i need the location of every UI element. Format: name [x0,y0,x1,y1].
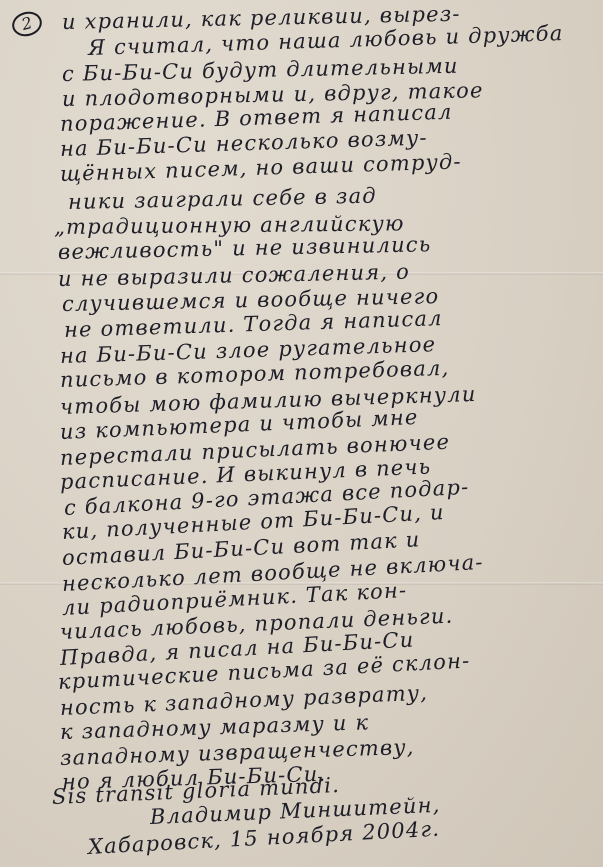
letter-page: 2 и хранили, как реликвии, вырез-Я счита… [0,0,603,867]
page-number-circled: 2 [9,9,44,40]
handwritten-line: ники заиграли себе в зад [68,184,377,214]
